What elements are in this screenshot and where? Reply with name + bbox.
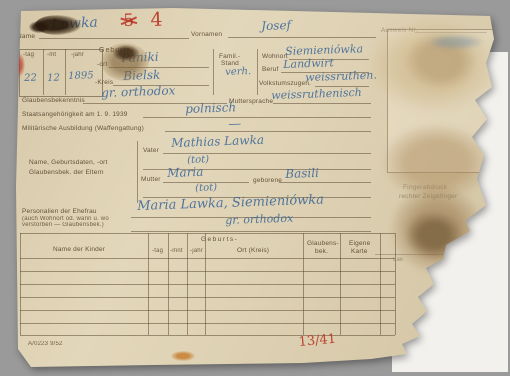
table-line — [20, 335, 395, 336]
table-line — [148, 233, 149, 335]
fingerprint-caption-line1: Fingerabdruck — [403, 184, 447, 191]
table-line — [20, 284, 395, 285]
kreis-handwritten: Bielsk — [123, 68, 160, 83]
table-line — [303, 233, 304, 335]
rule-line — [375, 254, 443, 255]
ink-stain — [29, 21, 49, 33]
geborene-label: geborene — [253, 177, 282, 184]
beruf-handwritten: Landwirt — [283, 56, 334, 71]
crossed-red-number: 5 — [123, 11, 135, 31]
paper-stain — [171, 351, 195, 361]
red-number: 4 — [150, 9, 163, 31]
kinder-geburts-header: Geburts- — [201, 236, 238, 243]
mutter-tot-note: (tot) — [195, 182, 217, 194]
ehefrau-label: Personalien der Ehefrau — [22, 208, 97, 215]
fingerprint-caption-line2: rechter Zeigefinger — [399, 193, 457, 200]
vornamen-label: Vornamen — [191, 31, 222, 38]
geburtsort-handwritten: Paniki — [121, 50, 159, 65]
kinder-col-karte-2: Karte — [351, 248, 368, 255]
mutter-label: Mutter — [141, 176, 161, 183]
birth-month-label: -mt — [47, 52, 56, 58]
rule-line — [131, 231, 371, 232]
kinder-col-jahr: -jahr — [190, 248, 203, 254]
name-handwritten: Lawka — [51, 15, 98, 33]
rule-line — [165, 131, 371, 132]
side-note-label: Lak — [393, 257, 403, 263]
kinder-col-ort: Ort (Kreis) — [237, 247, 269, 254]
kinder-col-glauben-1: Glaubens- — [307, 240, 339, 247]
kinder-col-karte-1: Eigene — [349, 240, 370, 247]
paper-card: Name Lawka 5 4 Vornamen Josef Ausweis Nr… — [13, 7, 497, 369]
kinder-column-header: Name der Kinder — [53, 246, 105, 253]
scanned-registration-card: Name Lawka 5 4 Vornamen Josef Ausweis Nr… — [0, 0, 510, 376]
table-line — [213, 49, 214, 95]
rule-line — [279, 182, 371, 183]
geborene-handwritten: Basili — [285, 166, 319, 181]
rule-line — [273, 103, 371, 104]
table-line — [20, 297, 395, 298]
photo-box — [387, 29, 497, 173]
table-line — [257, 49, 258, 95]
ehefrau-handwritten-line1: Maria Lawka, Siemieniówka — [137, 192, 324, 214]
vater-handwritten: Mathias Lawka — [171, 133, 264, 150]
table-line — [20, 310, 395, 311]
militaer-dash-handwritten: — — [228, 117, 242, 132]
table-line — [340, 233, 341, 335]
table-line — [395, 233, 396, 335]
table-line — [20, 258, 395, 259]
volkstum-label: Volkstumszugeh. — [259, 80, 311, 87]
ehefrau-handwritten-line2: gr. orthodox — [225, 212, 293, 227]
table-line — [205, 233, 206, 335]
rule-line — [39, 38, 189, 39]
beruf-label: Beruf — [262, 66, 279, 73]
kinder-col-monat: -mnt — [170, 248, 183, 254]
table-line — [20, 323, 395, 324]
table-line — [43, 49, 44, 95]
table-line — [20, 271, 395, 272]
birth-year-label: -jahr — [71, 52, 84, 58]
table-line — [380, 233, 381, 335]
paper-stain — [405, 211, 463, 259]
rule-line — [143, 117, 371, 118]
name-label: Name — [17, 33, 35, 40]
card-wrapper: Name Lawka 5 4 Vornamen Josef Ausweis Nr… — [13, 7, 497, 369]
mutter-handwritten: Maria — [167, 165, 204, 180]
birth-year-handwritten: 1895 — [68, 70, 94, 82]
familienstand-handwritten: verh. — [225, 66, 251, 78]
table-line — [137, 141, 138, 203]
table-line — [20, 233, 395, 234]
staatsangehoerigkeit-handwritten: polnisch — [185, 100, 236, 116]
eltern-label-line1: Name, Geburtsdaten, -ort — [29, 159, 108, 166]
kinder-col-tag: -tag — [152, 248, 163, 254]
glaubensbekenntnis-label: Glaubensbekenntnis — [22, 97, 85, 104]
birth-day-handwritten: 22 — [24, 73, 37, 84]
vater-label: Vater — [143, 147, 159, 154]
table-line — [65, 49, 66, 95]
red-footer-note: 13/41 — [298, 332, 337, 350]
eltern-label-line2: Glaubensbek. der Eltern — [29, 169, 104, 176]
staatsangehoerigkeit-label: Staatsangehörigkeit am 1. 9. 1939 — [22, 111, 128, 118]
geburtsort-label: -ort — [97, 61, 108, 68]
table-line — [168, 233, 169, 335]
rule-line — [228, 37, 376, 38]
birth-day-label: -tag — [23, 52, 34, 58]
form-number: A/0223 9/52 — [28, 341, 63, 347]
familienstand-label-1: Famil.- — [219, 53, 240, 60]
glaubensbekenntnis-handwritten: gr. orthodox — [101, 83, 176, 100]
ehefrau-sublabel-2: verstorben — Glaubensbek.) — [22, 222, 104, 228]
birth-month-handwritten: 12 — [47, 73, 60, 84]
kinder-col-glauben-2: bek. — [315, 248, 328, 255]
table-line — [187, 233, 188, 335]
vornamen-handwritten: Josef — [261, 18, 291, 33]
volkstum-handwritten: weissruthen. — [305, 68, 377, 83]
table-line — [20, 233, 21, 335]
muttersprache-handwritten: weissruthenisch — [271, 86, 362, 102]
militaerische-ausbildung-label: Militärische Ausbildung (Waffengattung) — [22, 125, 144, 132]
